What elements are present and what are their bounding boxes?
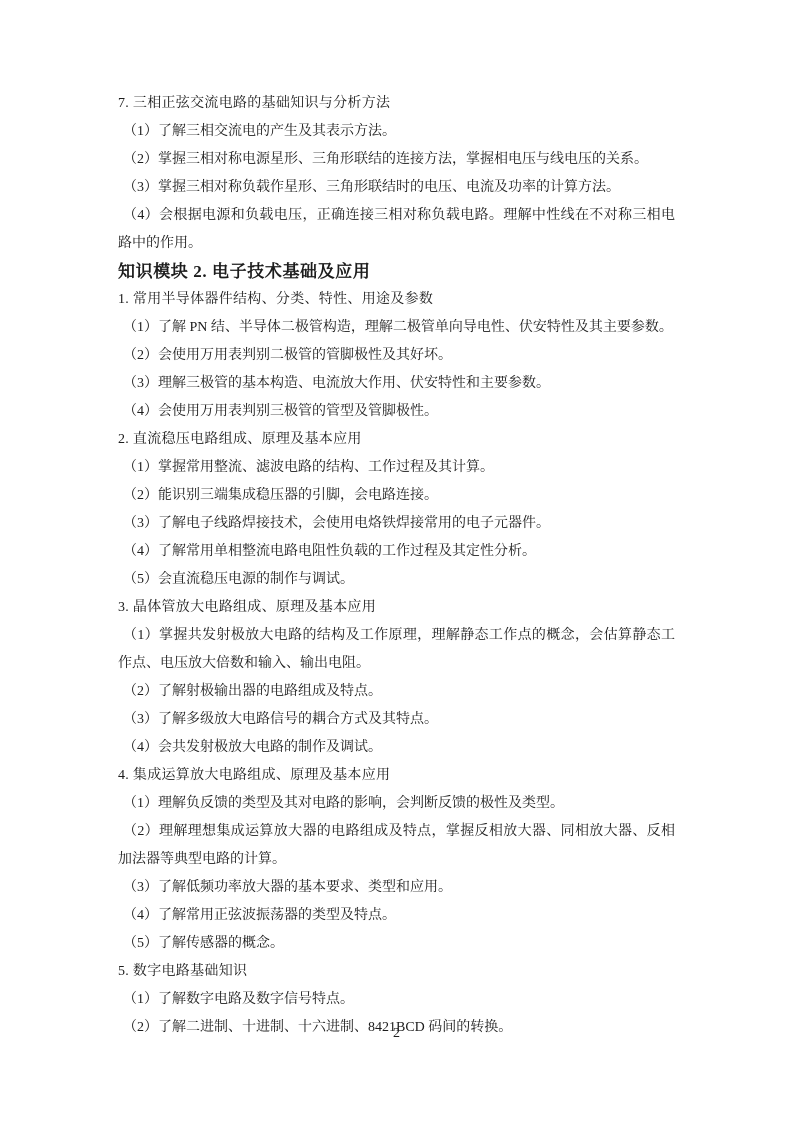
list-item: （4）了解常用单相整流电路电阻性负载的工作过程及其定性分析。: [118, 538, 675, 566]
document-page: 7. 三相正弦交流电路的基础知识与分析方法 （1）了解三相交流电的产生及其表示方…: [0, 0, 793, 1122]
list-item: （1）了解三相交流电的产生及其表示方法。: [118, 118, 675, 146]
module-2-heading: 知识模块 2. 电子技术基础及应用: [118, 258, 675, 286]
list-item: （4）会共发射极放大电路的制作及调试。: [118, 734, 675, 762]
list-item: （2）会使用万用表判别二极管的管脚极性及其好坏。: [118, 342, 675, 370]
list-item: （2）了解射极输出器的电路组成及特点。: [118, 678, 675, 706]
list-item: （4）会使用万用表判别三极管的管型及管脚极性。: [118, 398, 675, 426]
list-item: （2）理解理想集成运算放大器的电路组成及特点，掌握反相放大器、同相放大器、反相加…: [118, 818, 675, 874]
topic-5-title: 5. 数字电路基础知识: [118, 958, 675, 986]
document-content: 7. 三相正弦交流电路的基础知识与分析方法 （1）了解三相交流电的产生及其表示方…: [118, 90, 675, 1042]
list-item: （3）理解三极管的基本构造、电流放大作用、伏安特性和主要参数。: [118, 370, 675, 398]
list-item: （3）了解多级放大电路信号的耦合方式及其特点。: [118, 706, 675, 734]
list-item: （4）会根据电源和负载电压，正确连接三相对称负载电路。理解中性线在不对称三相电路…: [118, 202, 675, 258]
list-item: （3）了解低频功率放大器的基本要求、类型和应用。: [118, 874, 675, 902]
topic-3-title: 3. 晶体管放大电路组成、原理及基本应用: [118, 594, 675, 622]
page-number: 2: [0, 1024, 793, 1044]
list-item: （1）掌握常用整流、滤波电路的结构、工作过程及其计算。: [118, 454, 675, 482]
list-item: （3）了解电子线路焊接技术，会使用电烙铁焊接常用的电子元器件。: [118, 510, 675, 538]
list-item: （1）了解 PN 结、半导体二极管构造，理解二极管单向导电性、伏安特性及其主要参…: [118, 314, 675, 342]
topic-2-title: 2. 直流稳压电路组成、原理及基本应用: [118, 426, 675, 454]
list-item: （3）掌握三相对称负载作星形、三角形联结时的电压、电流及功率的计算方法。: [118, 174, 675, 202]
topic-4-title: 4. 集成运算放大电路组成、原理及基本应用: [118, 762, 675, 790]
list-item: （5）了解传感器的概念。: [118, 930, 675, 958]
list-item: （2）掌握三相对称电源星形、三角形联结的连接方法，掌握相电压与线电压的关系。: [118, 146, 675, 174]
list-item: （5）会直流稳压电源的制作与调试。: [118, 566, 675, 594]
list-item: （1）掌握共发射极放大电路的结构及工作原理，理解静态工作点的概念，会估算静态工作…: [118, 622, 675, 678]
topic-7-title: 7. 三相正弦交流电路的基础知识与分析方法: [118, 90, 675, 118]
list-item: （2）能识别三端集成稳压器的引脚，会电路连接。: [118, 482, 675, 510]
list-item: （1）理解负反馈的类型及其对电路的影响，会判断反馈的极性及类型。: [118, 790, 675, 818]
list-item: （1）了解数字电路及数字信号特点。: [118, 986, 675, 1014]
list-item: （4）了解常用正弦波振荡器的类型及特点。: [118, 902, 675, 930]
topic-1-title: 1. 常用半导体器件结构、分类、特性、用途及参数: [118, 286, 675, 314]
